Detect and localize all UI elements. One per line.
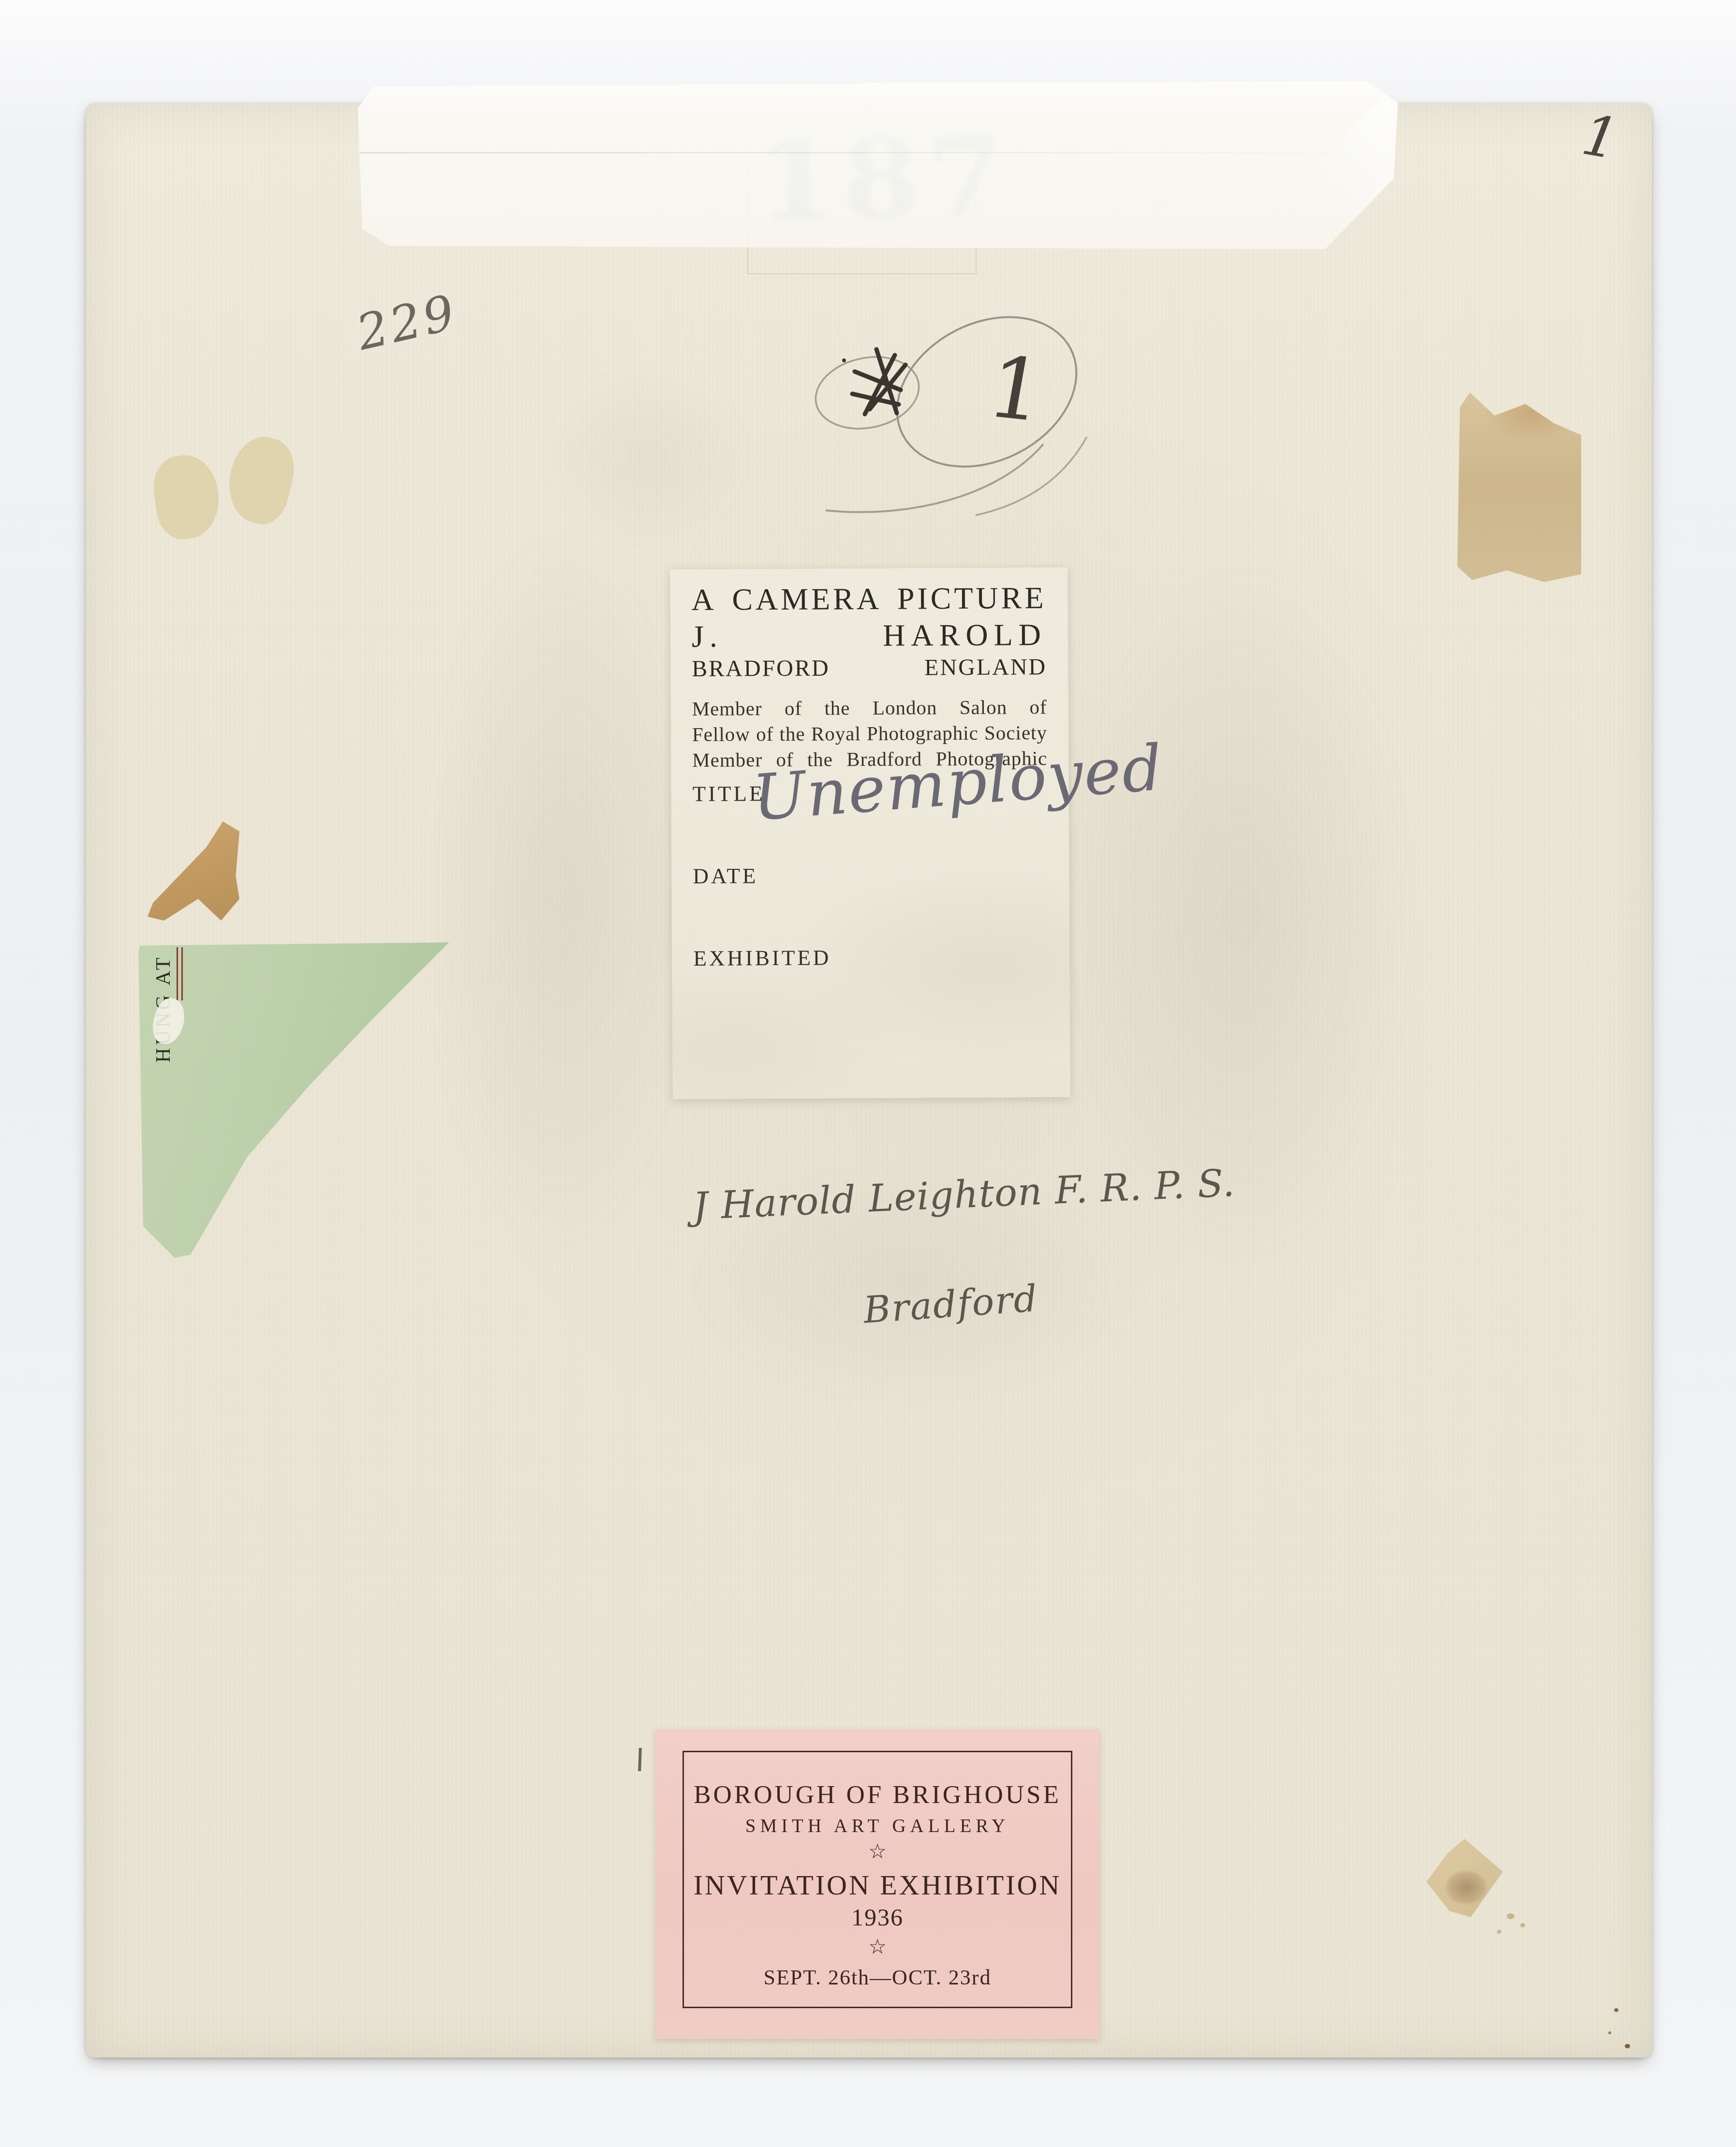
exhibition-title: INVITATION EXHIBITION (684, 1869, 1071, 1901)
handwritten-signature: J Harold Leighton F. R. P. S. (692, 1162, 1236, 1229)
pencil-number-annotation: 229 (352, 283, 463, 361)
hung-at-tag: HUNG AT (137, 942, 452, 1258)
mount-board: 187 229 1 1 A CAMERA PICTURE BY J. HAROL… (86, 103, 1652, 2058)
exhibition-year: 1936 (684, 1903, 1071, 1931)
adhesive-stain (149, 451, 224, 543)
photograph-of-mount-back: 187 229 1 1 A CAMERA PICTURE BY J. HAROL… (0, 0, 1736, 2147)
tissue-crease (358, 152, 1398, 153)
tape-stain-triangle (148, 821, 239, 921)
ink-tick-mark (638, 1748, 642, 1771)
membership-line: Member of the London Salon of Photograph… (692, 694, 1047, 722)
star-icon: ☆ (684, 1842, 1071, 1862)
pencil-smudge (424, 529, 695, 1254)
residue-crumb (1497, 1930, 1501, 1934)
tissue-tape-strip (358, 81, 1398, 249)
maker-line2: J. HAROLD LEIGHTON (692, 616, 1047, 656)
pencil-smudge (1072, 563, 1411, 1264)
maker-label: A CAMERA PICTURE BY J. HAROLD LEIGHTON B… (670, 567, 1070, 1099)
exhibition-dates: SEPT. 26th—OCT. 23rd (684, 1965, 1071, 1990)
adhesive-stain (220, 431, 301, 529)
exhibited-field-label: EXHIBITED (693, 945, 831, 970)
residue-crumb (1507, 1913, 1514, 1919)
exhibition-label-border: BOROUGH OF BRIGHOUSE SMITH ART GALLERY ☆… (683, 1751, 1072, 2008)
exhibition-venue: BOROUGH OF BRIGHOUSE (684, 1780, 1071, 1809)
maker-country: ENGLAND (924, 654, 1047, 681)
maker-city: BRADFORD (692, 655, 830, 682)
exhibition-gallery: SMITH ART GALLERY (684, 1815, 1071, 1837)
handwritten-place: Bradford (862, 1277, 1039, 1332)
tape-remnant (1457, 388, 1581, 582)
corner-pencil-number: 1 (1578, 107, 1623, 168)
residue-crumb (1520, 1923, 1525, 1927)
sticker-residue (1426, 1839, 1503, 1917)
corner-speck (1608, 2031, 1611, 2034)
tissue-fold (1233, 81, 1398, 249)
star-icon: ☆ (684, 1937, 1071, 1957)
pencil-oval-annotation (792, 292, 1159, 592)
red-double-rule (177, 947, 183, 1000)
date-field-label: DATE (693, 863, 758, 889)
exhibition-label: BOROUGH OF BRIGHOUSE SMITH ART GALLERY ☆… (655, 1730, 1099, 2039)
corner-speck (1625, 2044, 1630, 2048)
pencil-smudge (545, 369, 748, 543)
corner-speck (1614, 2008, 1618, 2012)
maker-line1: A CAMERA PICTURE BY (691, 580, 1046, 618)
